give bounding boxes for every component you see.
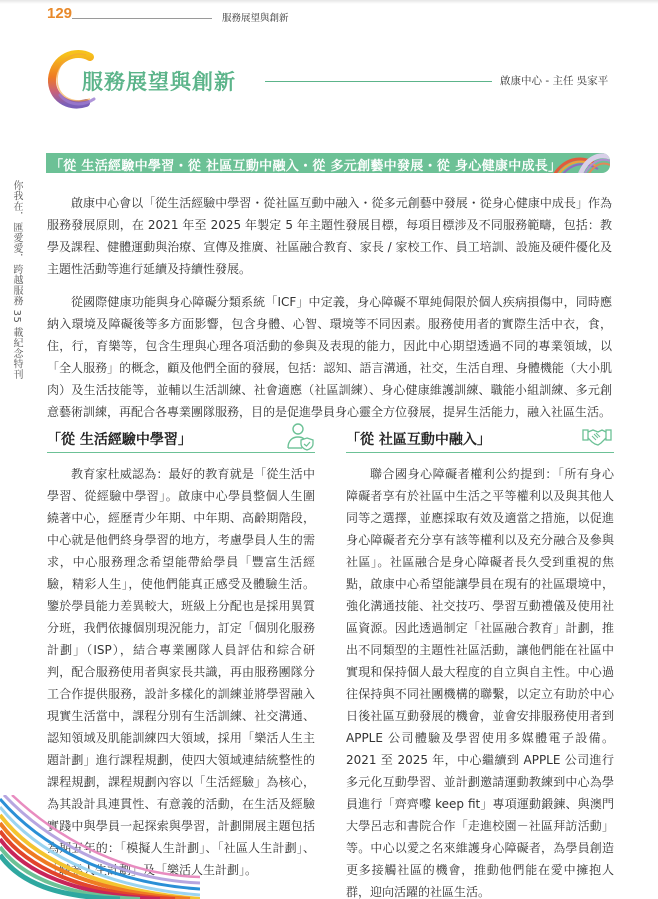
page-number: 129 (47, 5, 72, 22)
header-divider (72, 18, 212, 19)
handshake-icon (580, 421, 614, 451)
rainbow-swoosh-icon (550, 153, 610, 173)
page-edge-shadow (0, 0, 658, 4)
side-publication-caption: 你我在．匯愛愛．跨越服務 35 載紀念特刊 (8, 180, 22, 380)
section-heading: 「從 生活經驗中學習」 (47, 425, 315, 453)
section-body: 聯合國身心障礙者權利公約提到：「所有身心障礙者享有於社區中生活之平等權利以及與其… (346, 463, 614, 899)
intro-paragraph: 從國際健康功能與身心障礙分類系統「ICF」中定義，身心障礙不單純侷限於個人疾病損… (47, 291, 612, 423)
section-community-integration: 「從 社區互動中融入」 聯合國身心障礙者權利公約提到：「所有身心障礙者享有於社區… (346, 425, 614, 899)
intro-paragraph: 啟康中心會以「從生活經驗中學習・從社區互動中融入・從多元創藝中發展・從身心健康中… (47, 192, 612, 280)
person-shield-icon (285, 421, 315, 451)
page-title: 服務展望與創新 (82, 66, 236, 96)
principles-banner: 「從 生活經驗中學習・從 社區互動中融入・從 多元創藝中發展・從 身心健康中成長… (46, 153, 610, 173)
section-heading-text: 「從 社區互動中融入」 (346, 429, 491, 449)
title-divider (265, 81, 492, 82)
section-heading-text: 「從 生活經驗中學習」 (47, 429, 192, 449)
running-header-section: 服務展望與創新 (222, 10, 289, 24)
rainbow-ribbon-decoration-icon (0, 795, 200, 899)
section-heading: 「從 社區互動中融入」 (346, 425, 614, 453)
author-byline: 啟康中心 - 主任 吳家平 (500, 73, 608, 88)
banner-text: 「從 生活經驗中學習・從 社區互動中融入・從 多元創藝中發展・從 身心健康中成長… (50, 155, 561, 173)
